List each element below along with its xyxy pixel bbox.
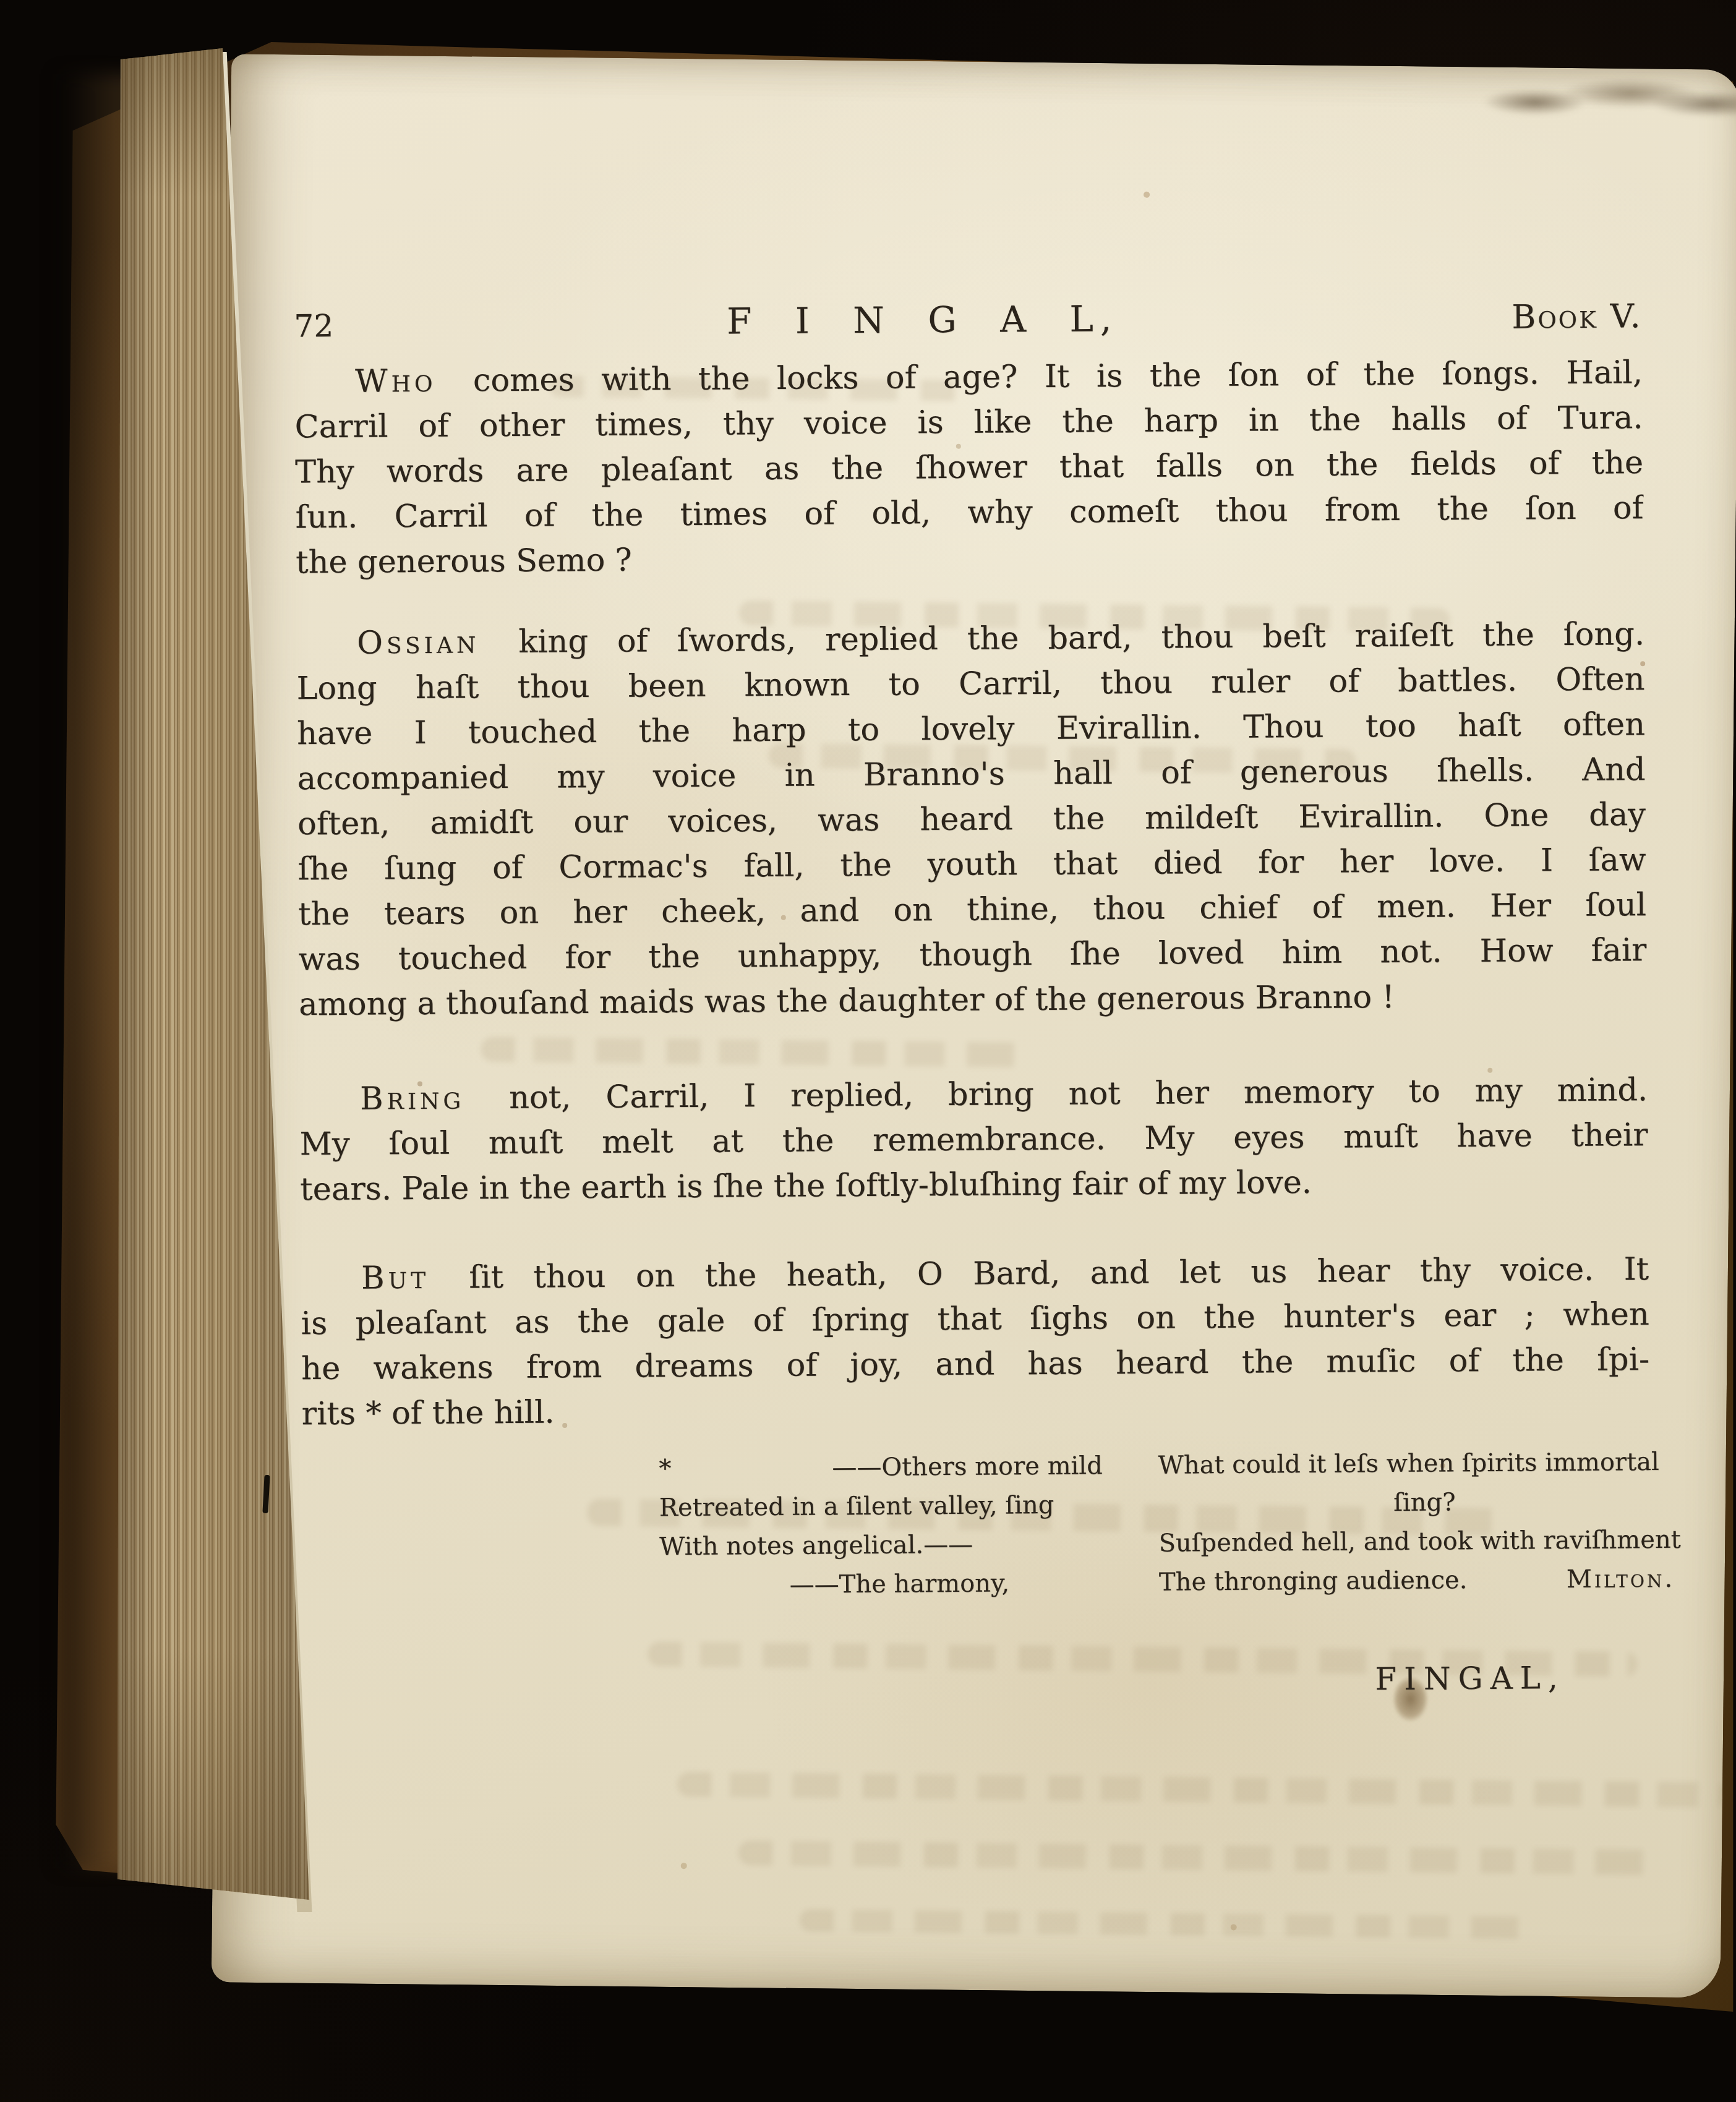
paragraph-opener: Bring bbox=[360, 1080, 464, 1117]
footnote-line: *——Others more mild bbox=[659, 1446, 1103, 1489]
footnote-line: ——The harmony, bbox=[659, 1563, 1103, 1605]
text-line-body: not, Carril, I replied, bring not her me… bbox=[509, 1072, 1648, 1116]
photo-background: 72 F I N G A L, Book V. Who comes with t… bbox=[0, 0, 1736, 2102]
text-line: tears. Pale in the earth is ſhe the ſoft… bbox=[300, 1158, 1648, 1212]
paragraph-3: Bring not, Carril, I replied, bring not … bbox=[299, 1067, 1648, 1212]
paragraph-4: But ſit thou on the heath, O Bard, and l… bbox=[301, 1247, 1650, 1437]
footnote-asterisk: * bbox=[659, 1448, 832, 1489]
printed-text-block: 72 F I N G A L, Book V. Who comes with t… bbox=[294, 293, 1652, 1709]
show-through-smudge bbox=[677, 1772, 1729, 1808]
catchword: FINGAL, bbox=[1375, 1660, 1565, 1697]
text-line-body: comes with the locks of age? It is the ſ… bbox=[473, 354, 1643, 399]
footnote-line: The thronging audience.Milton. bbox=[1159, 1560, 1682, 1602]
show-through-smudge bbox=[800, 1909, 1542, 1939]
text-line: ſun. Carril of the times of old, why com… bbox=[295, 485, 1643, 540]
text-line: among a thouſand maids was the daughter … bbox=[299, 973, 1647, 1027]
text-line: My ſoul muſt melt at the remembrance. My… bbox=[299, 1113, 1648, 1167]
footnote-line: ſing? bbox=[1158, 1482, 1681, 1524]
foxing-specks bbox=[231, 54, 234, 56]
running-title: F I N G A L, bbox=[333, 294, 1512, 347]
book-page: 72 F I N G A L, Book V. Who comes with t… bbox=[212, 54, 1736, 1997]
text-line: the generous Semo ? bbox=[296, 531, 1644, 585]
footnote-attribution: Milton. bbox=[1567, 1560, 1675, 1599]
footnote-right-column: What could it leſs when ſpirits immortal… bbox=[1158, 1443, 1681, 1602]
paragraph-2: Ossian king of ſwords, replied the bard,… bbox=[296, 612, 1648, 1027]
text-line: he wakens from dreams of joy, and has he… bbox=[301, 1337, 1649, 1391]
text-line-body: ſit thou on the heath, O Bard, and let u… bbox=[469, 1251, 1649, 1296]
text-line: was touched for the unhappy, though ſhe … bbox=[298, 928, 1646, 982]
footnote-line: Retreated in a ſilent valley, ſing bbox=[659, 1485, 1103, 1527]
paragraph-opener: Who bbox=[355, 363, 437, 400]
book-label: Book V. bbox=[1512, 294, 1642, 340]
footnote-line-body: ——Others more mild bbox=[832, 1451, 1103, 1482]
page-number: 72 bbox=[294, 304, 333, 349]
footnote-line: With notes angelical.—— bbox=[659, 1524, 1103, 1566]
catchword-row: FINGAL, bbox=[304, 1655, 1652, 1709]
footnote: *——Others more mild Retreated in a ſilen… bbox=[302, 1443, 1651, 1608]
running-header: 72 F I N G A L, Book V. bbox=[294, 293, 1642, 347]
footnote-line: Suſpended hell, and took with raviſhment bbox=[1158, 1521, 1681, 1563]
footnote-line: What could it leſs when ſpirits immortal bbox=[1158, 1443, 1680, 1485]
paragraph-1: Who comes with the locks of age? It is t… bbox=[294, 350, 1644, 585]
text-line-body: king of ſwords, replied the bard, thou b… bbox=[518, 616, 1644, 660]
show-through-smudge bbox=[738, 1840, 1666, 1875]
paragraph-opener: Ossian bbox=[357, 624, 480, 661]
footnote-left-column: *——Others more mild Retreated in a ſilen… bbox=[659, 1446, 1103, 1605]
text-line: rits * of the hill. bbox=[301, 1382, 1649, 1437]
paragraph-opener: But bbox=[361, 1260, 429, 1297]
footnote-line-body: The thronging audience. bbox=[1159, 1566, 1468, 1596]
page-top-edge-stain bbox=[1480, 72, 1736, 124]
